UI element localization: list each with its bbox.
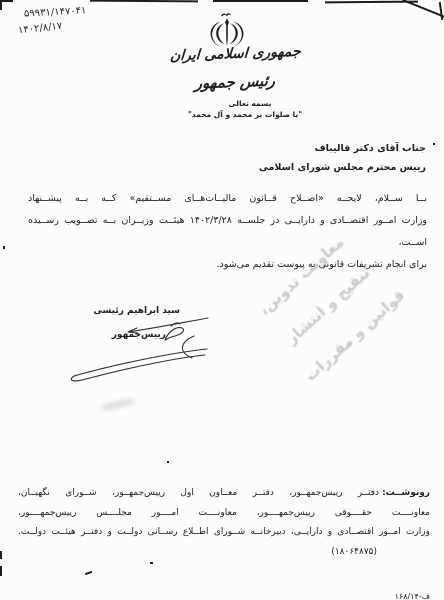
salawat-text: "با صلوات بر محمد و آل محمد" [165, 110, 325, 119]
scan-artifact-smudge [100, 397, 137, 411]
scan-artifact-speck-3 [167, 461, 169, 463]
basmala-text: بسمه تعالی [205, 99, 295, 108]
copy-line: وزارت امــور اقتصــادی و دارایــی، دبیرخ… [18, 523, 430, 543]
scan-artifact-tick-left2 [0, 566, 2, 576]
copy-line: رونوشــت:دفتــر رییس‌جمهــور، دفتــر معـ… [18, 484, 430, 504]
office-title-text: رئیس جمهور [194, 72, 275, 93]
scan-artifact-topline-1 [90, 0, 198, 2]
recipient-name: جناب آقای دکتر قالیباف [166, 139, 426, 158]
signature-flourish [55, 298, 225, 394]
letterhead-government-title: جمهوری اسلامی ایران [155, 46, 315, 62]
recipient-title: رییس محترم مجلس شورای اسلامی [166, 158, 426, 177]
handwritten-letter-number: ۵۹۹۳۱/۱۴۷۰۴۱ [24, 5, 87, 19]
scan-artifact-speck-2 [150, 562, 153, 564]
scan-artifact-speck-1 [85, 571, 92, 575]
copy-line: معاونــــت حقــــوقی رییس‌جمهــــور، معا… [18, 504, 430, 524]
bottom-partial-reference: ف-۱۶۸/۱۴ [364, 592, 430, 600]
handwritten-letter-date: ۱۴۰۲/۸/۱۷ [18, 21, 63, 37]
scan-artifact-tick-tr [439, 2, 443, 20]
gov-title-text: جمهوری اسلامی ایران [169, 44, 301, 65]
letterhead-office-title: رئیس جمهور [175, 73, 295, 91]
scan-artifact-tick-left1 [0, 551, 2, 559]
recipient-block: جناب آقای دکتر قالیباف رییس محترم مجلس ش… [166, 139, 426, 177]
carbon-copy-block: رونوشــت:دفتــر رییس‌جمهــور، دفتــر معـ… [18, 484, 430, 562]
copy-label: رونوشــت: [382, 488, 430, 498]
scan-artifact-topline-2 [213, 0, 308, 2]
scan-artifact-speck-5 [3, 246, 5, 249]
scan-artifact-diagonal-tr [402, 0, 444, 19]
copy-archive-number: (۱۸۰۶۴۸۷۵) [18, 543, 377, 563]
scan-artifact-speck-4 [433, 143, 435, 145]
scanned-letter-page: ۵۹۹۳۱/۱۴۷۰۴۱ ۱۴۰۲/۸/۱۷ جمهوری اسلامی ایر… [0, 0, 444, 600]
scan-artifact-corner-tl-vert [0, 0, 2, 10]
copy-line-text: دفتــر رییس‌جمهــور، دفتــر معــاون اول … [18, 488, 379, 498]
